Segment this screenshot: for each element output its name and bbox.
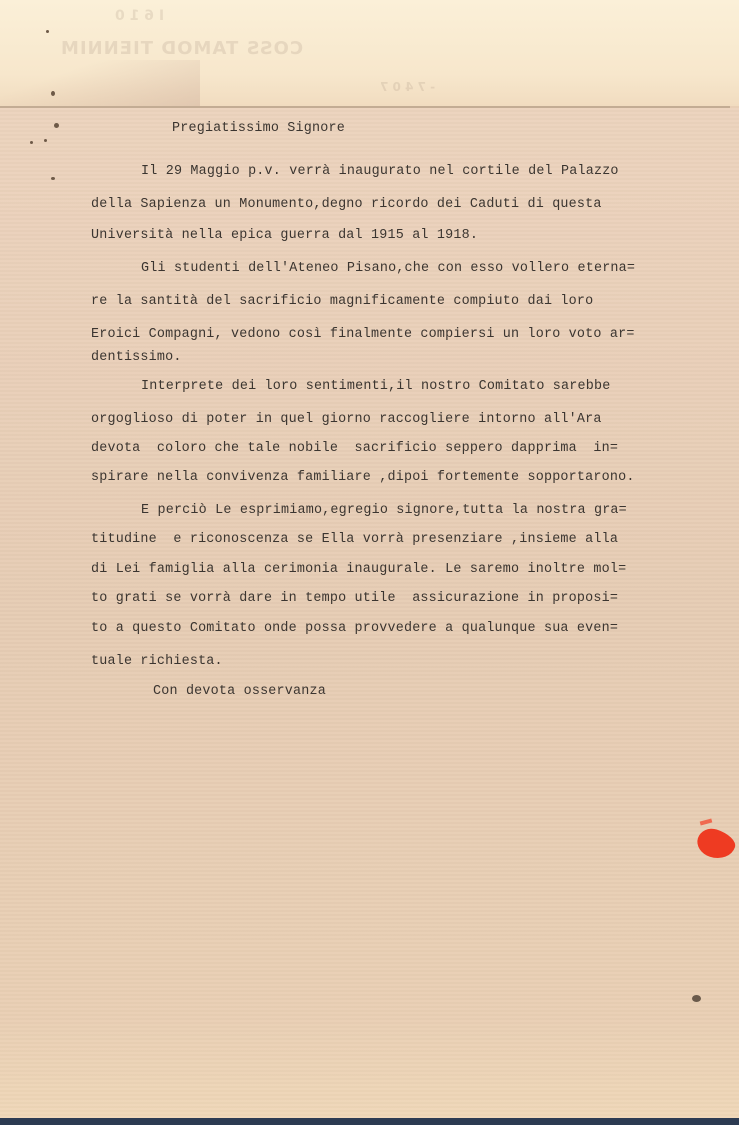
ink-smudge [692,995,701,1002]
text-line: E perciò Le esprimiamo,egregio signore,t… [141,503,627,518]
text-line: di Lei famiglia alla cerimonia inaugural… [91,562,626,577]
text-line: Università nella epica guerra dal 1915 a… [91,228,478,243]
margin-hole-mark [46,30,49,33]
top-page-strip: I 6 1 0 COSS TAMOD TIENNIM - 7 4 0 7 [0,0,739,106]
text-line: to a questo Comitato onde possa provvede… [91,621,618,636]
bleed-through-text: I 6 1 0 [115,8,164,24]
text-line: orgoglioso di poter in quel giorno racco… [91,412,602,427]
text-line: spirare nella convivenza familiare ,dipo… [91,470,635,485]
text-line: dentissimo. [91,350,182,365]
margin-hole-mark [44,139,47,142]
margin-hole-mark [51,177,55,180]
bleed-through-text: COSS TAMOD TIENNIM [60,38,303,59]
salutation: Pregiatissimo Signore [172,121,345,136]
closing: Con devota osservanza [153,684,326,699]
page-shadow [0,60,200,106]
text-line: Gli studenti dell'Ateneo Pisano,che con … [141,261,635,276]
letter-paper [0,108,739,1118]
text-line: Eroici Compagni, vedono così finalmente … [91,327,635,342]
text-line: devota coloro che tale nobile sacrificio… [91,441,618,456]
text-line: Interprete dei loro sentimenti,il nostro… [141,379,610,394]
margin-hole-mark [51,91,55,96]
text-line: tuale richiesta. [91,654,223,669]
text-line: re la santità del sacrificio magnificame… [91,294,593,309]
bleed-through-text: - 7 4 0 7 [380,80,435,94]
text-line: della Sapienza un Monumento,degno ricord… [91,197,602,212]
margin-hole-mark [54,123,59,128]
text-line: to grati se vorrà dare in tempo utile as… [91,591,618,606]
margin-hole-mark [30,141,33,144]
background-surface [0,1118,739,1125]
text-line: Il 29 Maggio p.v. verrà inaugurato nel c… [141,164,619,179]
text-line: titudine e riconoscenza se Ella vorrà pr… [91,532,618,547]
